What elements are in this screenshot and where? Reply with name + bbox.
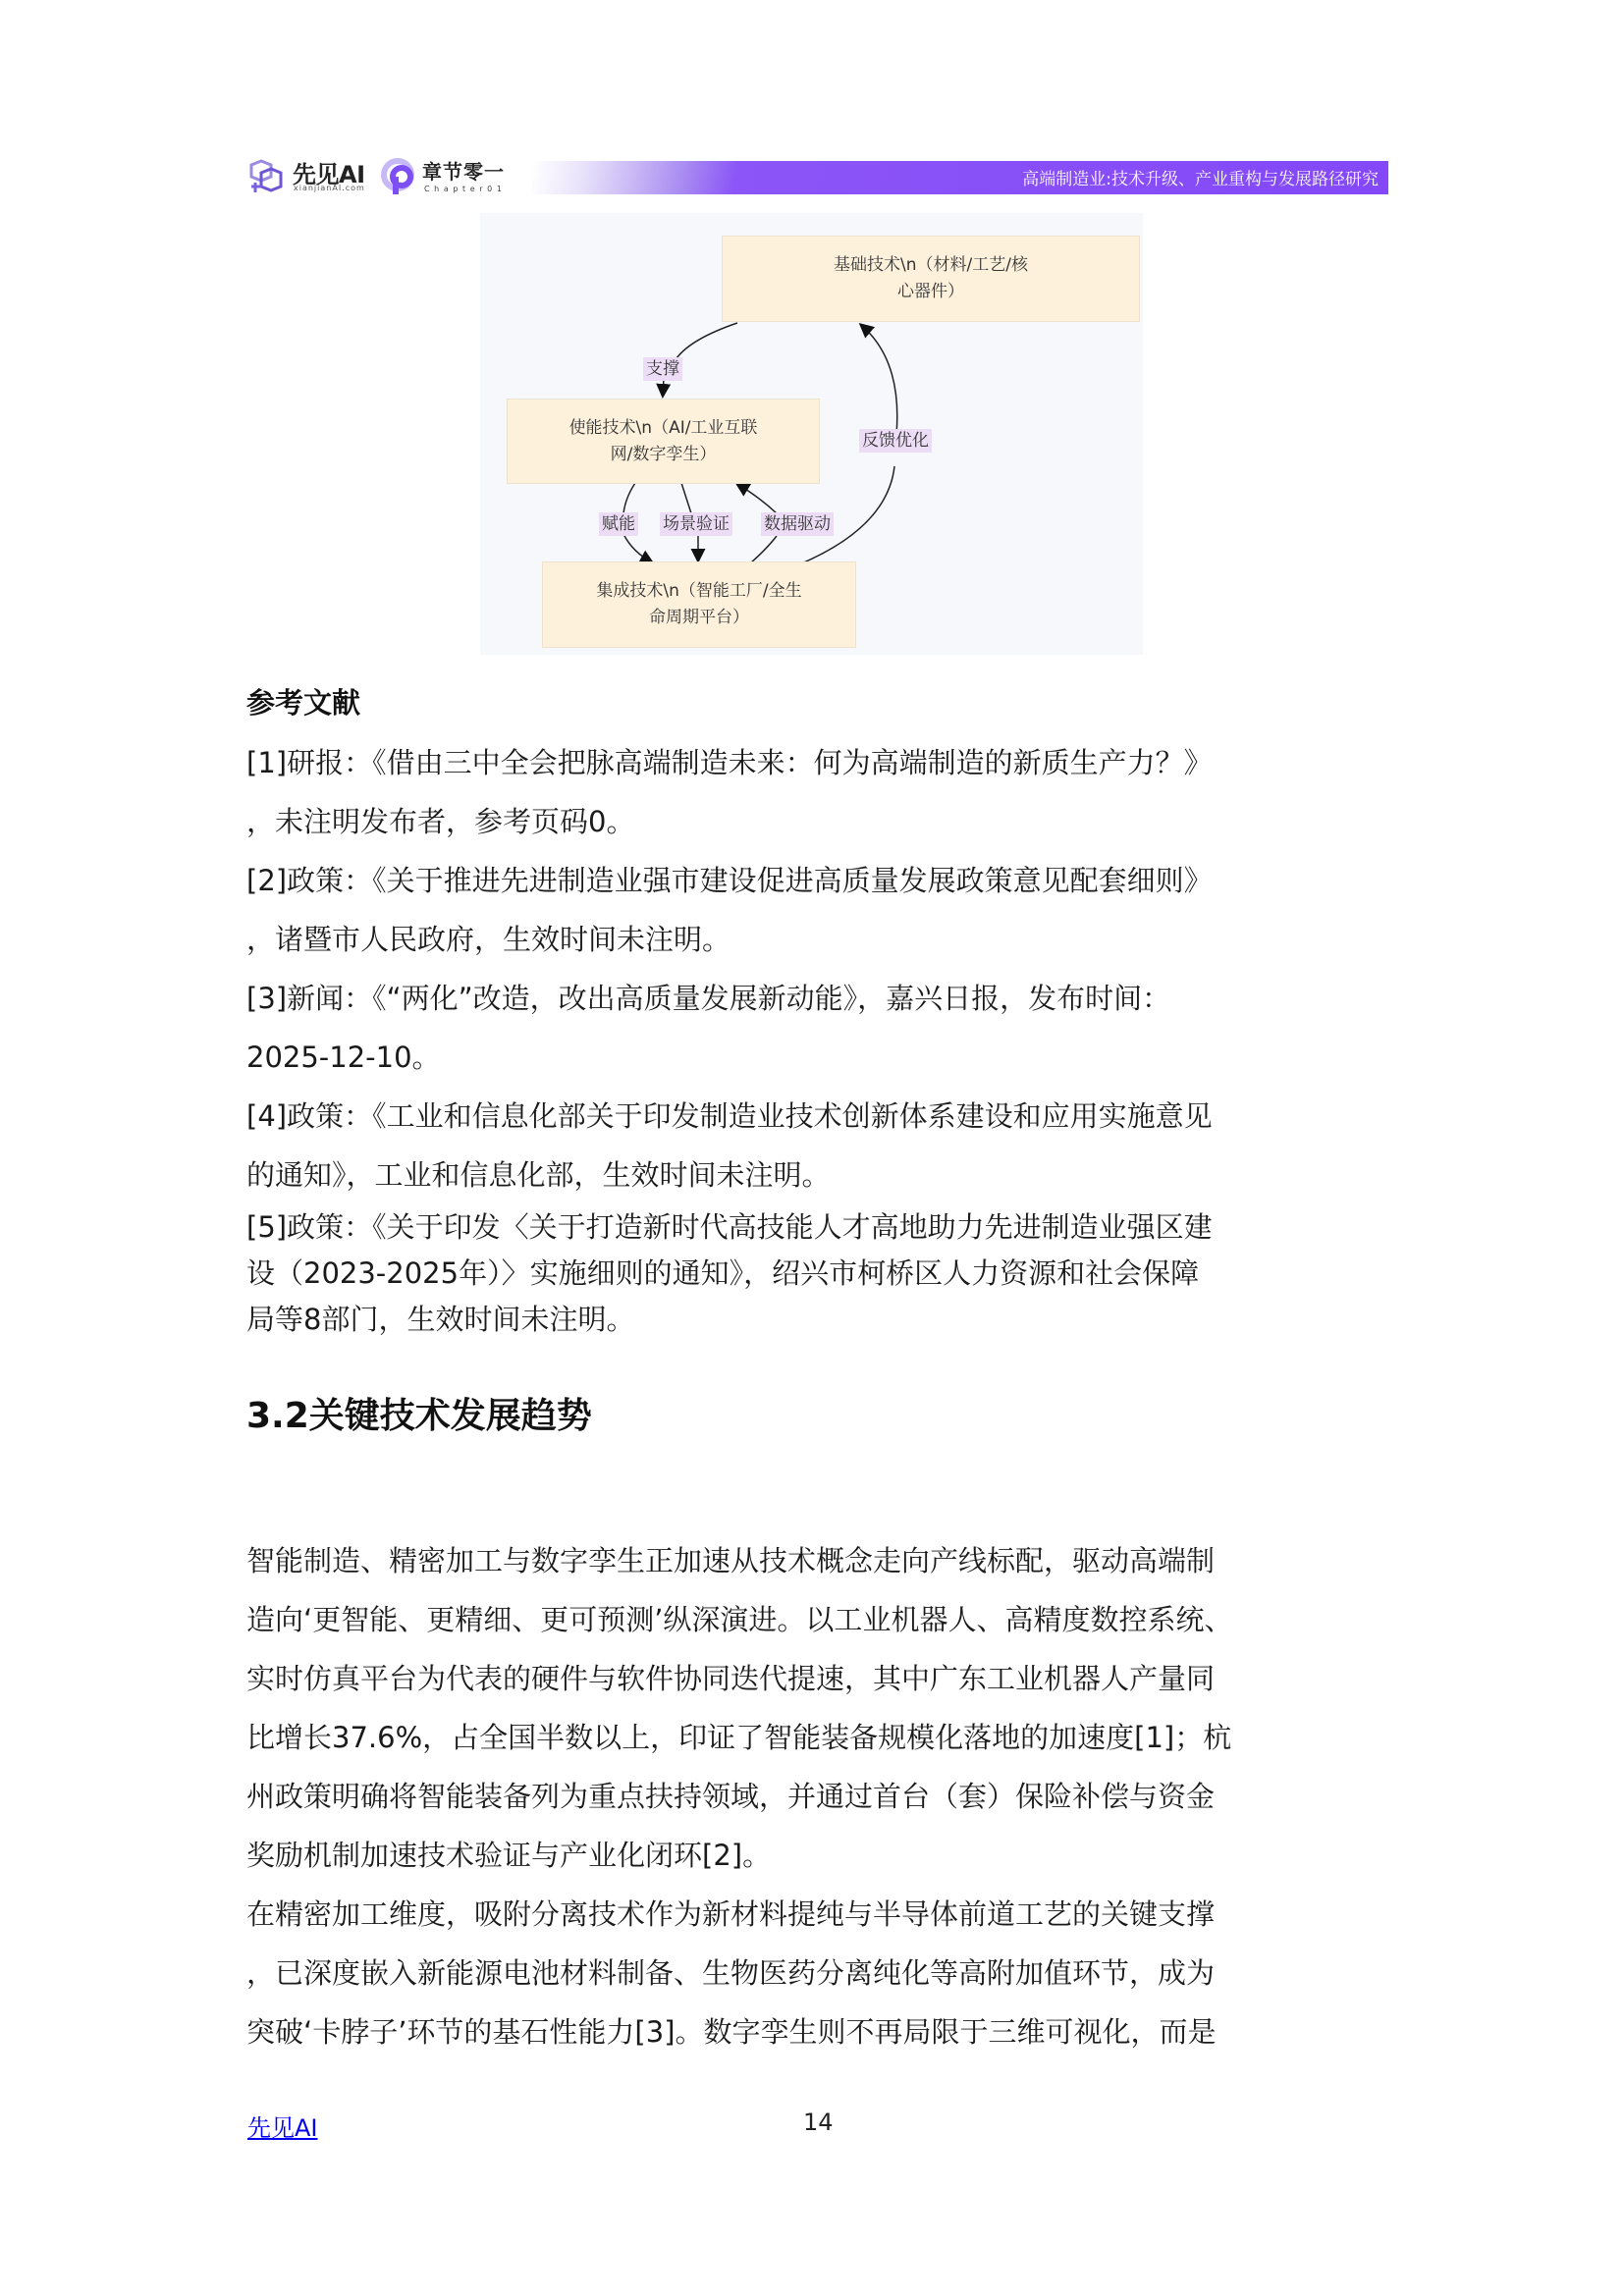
- paragraph-line: 州政策明确将智能装备列为重点扶持领域，并通过首台（套）保险补偿与资金: [246, 1775, 1215, 1815]
- chapter-subtitle: Chapter01: [424, 185, 507, 193]
- paragraph-line: 造向‘更智能、更精细、更可预测’纵深演进。以工业机器人、高精度数控系统、: [246, 1598, 1232, 1638]
- reference-line: 的通知》，工业和信息化部，生效时间未注明。: [246, 1153, 831, 1194]
- paragraph-line: 智能制造、精密加工与数字孪生正加速从技术概念走向产线标配，驱动高端制: [246, 1539, 1215, 1579]
- reference-line: [3]新闻：《“两化”改造，改出高质量发展新动能》，嘉兴日报，发布时间：: [246, 977, 1170, 1017]
- edge-label-scenario-validation: 场景验证: [660, 512, 732, 536]
- node-integration-line2: 命周期平台）: [596, 605, 801, 631]
- reference-line: [2]政策：《关于推进先进制造业强市建设促进高质量发展政策意见配套细则》: [246, 859, 1213, 899]
- edge-label-data-driven: 数据驱动: [761, 512, 834, 536]
- node-integration-line1: 集成技术\n（智能工厂/全生: [596, 578, 801, 605]
- node-foundation-line1: 基础技术\n（材料/工艺/核: [834, 252, 1028, 279]
- page-header: 先见AI xianjianAI.com 章节零一 Chapter01 高端制造业…: [247, 153, 1388, 200]
- references-heading: 参考文献: [246, 681, 360, 721]
- edge-label-empower: 赋能: [599, 512, 638, 536]
- paragraph-line: 实时仿真平台为代表的硬件与软件协同迭代提速，其中广东工业机器人产量同: [246, 1657, 1215, 1697]
- node-enabling-tech: 使能技术\n（AI/工业互联 网/数字孪生）: [507, 399, 820, 484]
- paragraph-line: 在精密加工维度，吸附分离技术作为新材料提纯与半导体前道工艺的关键支撑: [246, 1893, 1215, 1933]
- reference-line: ，未注明发布者，参考页码0。: [246, 800, 634, 840]
- reference-line: 设（2023-2025年）〉实施细则的通知》，绍兴市柯桥区人力资源和社会保障: [246, 1252, 1199, 1292]
- reference-line: [4]政策：《工业和信息化部关于印发制造业技术创新体系建设和应用实施意见: [246, 1095, 1213, 1135]
- node-integration-tech: 集成技术\n（智能工厂/全生 命周期平台）: [542, 561, 856, 648]
- node-foundation-tech: 基础技术\n（材料/工艺/核 心器件）: [722, 236, 1140, 322]
- footer-brand-link[interactable]: 先见AI: [247, 2109, 318, 2143]
- reference-line: [5]政策：《关于印发〈关于打造新时代高技能人才高地助力先进制造业强区建: [246, 1205, 1213, 1246]
- paragraph-line: 奖励机制加速技术验证与产业化闭环[2]。: [246, 1834, 771, 1874]
- paragraph-line: 突破‘卡脖子’环节的基石性能力[3]。数字孪生则不再局限于三维可视化，而是: [246, 2010, 1217, 2051]
- header-title-bar: 高端制造业:技术升级、产业重构与发展路径研究: [532, 161, 1388, 194]
- tech-layer-diagram: 基础技术\n（材料/工艺/核 心器件） 使能技术\n（AI/工业互联 网/数字孪…: [480, 213, 1143, 655]
- chapter-logo-icon: [378, 157, 417, 196]
- section-heading: 3.2关键技术发展趋势: [246, 1388, 592, 1438]
- reference-line: 2025-12-10。: [246, 1036, 441, 1076]
- reference-line: 局等8部门，生效时间未注明。: [246, 1298, 634, 1338]
- reference-line: ，诸暨市人民政府，生效时间未注明。: [246, 918, 730, 958]
- page-number: 14: [803, 2109, 834, 2136]
- reference-line: [1]研报：《借由三中全会把脉高端制造未来：何为高端制造的新质生产力？》: [246, 741, 1213, 781]
- document-title: 高端制造业:技术升级、产业重构与发展路径研究: [1022, 165, 1379, 189]
- node-enabling-line1: 使能技术\n（AI/工业互联: [569, 415, 758, 442]
- xianjian-logo-icon: [247, 157, 287, 196]
- node-foundation-line2: 心器件）: [834, 279, 1028, 305]
- edge-label-feedback-optimization: 反馈优化: [859, 429, 932, 453]
- brand-url: xianjianAI.com: [294, 184, 365, 192]
- node-enabling-line2: 网/数字孪生）: [569, 442, 758, 468]
- paragraph-line: 比增长37.6%，占全国半数以上，印证了智能装备规模化落地的加速度[1]；杭: [246, 1716, 1231, 1756]
- paragraph-line: ，已深度嵌入新能源电池材料制备、生物医药分离纯化等高附加值环节，成为: [246, 1951, 1215, 1992]
- chapter-title: 章节零一: [422, 156, 505, 185]
- edge-label-support: 支撑: [643, 357, 682, 381]
